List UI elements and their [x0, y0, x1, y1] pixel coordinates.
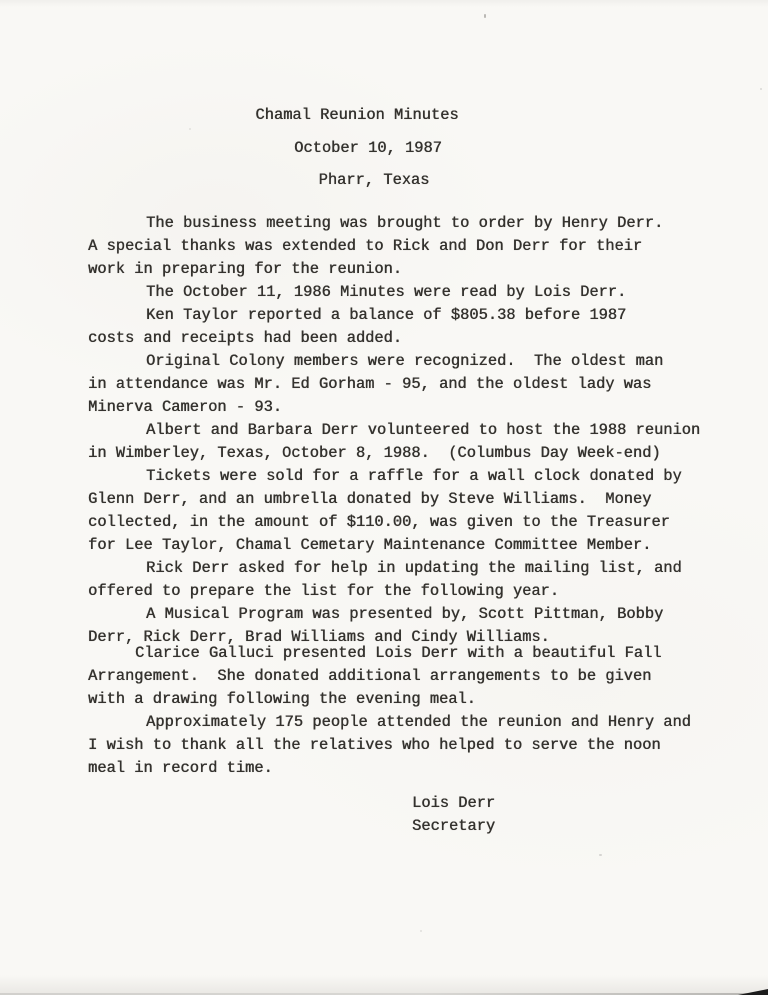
body-line: in Wimberley, Texas, October 8, 1988. (C… [88, 442, 728, 465]
body-line: Rick Derr asked for help in updating the… [88, 557, 728, 580]
body-line: meal in record time. [88, 757, 728, 780]
body-line: Arrangement. She donated additional arra… [88, 665, 728, 688]
body-line: Albert and Barbara Derr volunteered to h… [88, 419, 728, 442]
signature-role: Secretary [412, 815, 495, 838]
body-line: The October 11, 1986 Minutes were read b… [88, 281, 728, 304]
signature-block: Lois Derr Secretary [412, 792, 495, 838]
paper-speck [484, 14, 486, 18]
body-line: Tickets were sold for a raffle for a wal… [88, 465, 728, 488]
paper-speck [140, 266, 142, 268]
body-line: in attendance was Mr. Ed Gorham - 95, an… [88, 373, 728, 396]
body-line: Ken Taylor reported a balance of $805.38… [88, 304, 728, 327]
paper-speck [760, 88, 762, 90]
paper-speck [599, 854, 602, 856]
body-line: costs and receipts had been added. [88, 327, 728, 350]
paper-speck [420, 930, 422, 932]
body-line: offered to prepare the list for the foll… [88, 580, 728, 603]
paper-speck [189, 128, 191, 130]
body-line: I wish to thank all the relatives who he… [88, 734, 728, 757]
document-date: October 10, 1987 [0, 139, 752, 157]
document-page: Chamal Reunion Minutes October 10, 1987 … [0, 0, 768, 995]
document-title: Chamal Reunion Minutes [0, 106, 741, 124]
body-line: Minerva Cameron - 93. [88, 396, 728, 419]
scan-bottom-edge [0, 975, 768, 995]
body-line: for Lee Taylor, Chamal Cemetary Maintena… [88, 534, 728, 557]
body-line: Clarice Galluci presented Lois Derr with… [88, 642, 728, 665]
body-line: A Musical Program was presented by, Scot… [88, 603, 728, 626]
body-line: Glenn Derr, and an umbrella donated by S… [88, 488, 728, 511]
body-line: collected, in the amount of $110.00, was… [88, 511, 728, 534]
document-location: Pharr, Texas [0, 171, 758, 189]
body-line: work in preparing for the reunion. [88, 258, 728, 281]
body-line: The business meeting was brought to orde… [88, 212, 728, 235]
body-line: Approximately 175 people attended the re… [88, 711, 728, 734]
signature-name: Lois Derr [412, 792, 495, 815]
body-line: Original Colony members were recognized.… [88, 350, 728, 373]
document-body: The business meeting was brought to orde… [88, 212, 728, 780]
body-line: A special thanks was extended to Rick an… [88, 235, 728, 258]
scan-top-edge [0, 0, 768, 7]
body-line: with a drawing following the evening mea… [88, 688, 728, 711]
